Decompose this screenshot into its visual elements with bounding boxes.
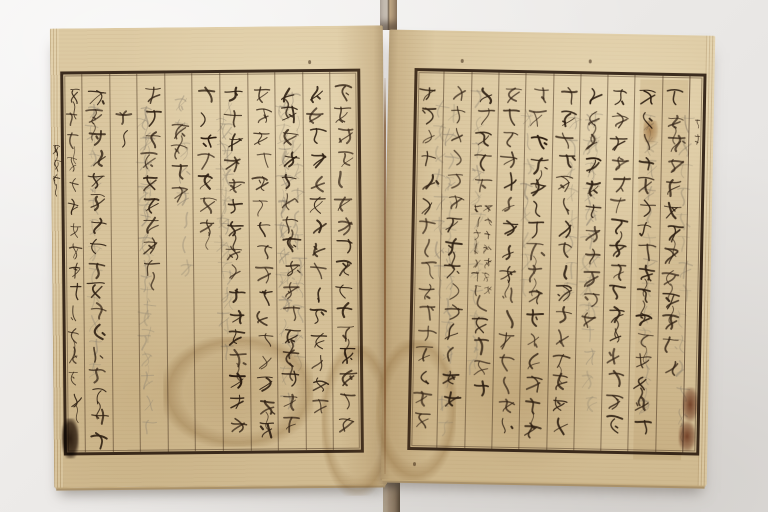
text-column: た國ハりよとう奉年ハ宗光ーもちうろう	[247, 72, 278, 450]
column-text: 參河守鍛冶ほにらる	[137, 74, 167, 452]
column-text: た國ハりよとう奉年ハ宗光ーもちうろう	[248, 72, 278, 450]
margin-label-text: 苐四	[691, 110, 704, 225]
text-column: 重修	[109, 74, 140, 452]
ink-speck	[413, 462, 416, 466]
text-column: 老なり伝ハ定遠八京まかと下るり宗光	[274, 72, 305, 450]
column-text: 統忘の老よて四國と八妻させ移くし	[331, 72, 361, 450]
text-column: 護へうーしわちも清郷くて層さ月	[63, 74, 85, 452]
column-text: 重修	[110, 74, 140, 452]
right-margin-label: 苐四	[691, 110, 704, 225]
column-text: よとうろなりーうちろ能く平生沙汰を	[220, 73, 250, 451]
ink-speck	[308, 60, 311, 64]
right-page: 偽〻乃さ捨よ公こふんわ〆世実よ毛条さそめくられ又むくうり王杉本とは祈のひうれとも…	[381, 30, 716, 486]
left-text-frame: 統忘の老よて四國と八妻させ移くし武便ハ雑多宗光定堂傍らの三人の老なり伝ハ定遠八京…	[60, 69, 364, 456]
column-text: 護へうーしわちも清郷くて層さ月	[63, 74, 85, 452]
spine-fold-line	[384, 78, 386, 474]
text-column: 摂乃又一まへ爰し乃國の若光ゑ刀せうせ	[81, 74, 112, 452]
text-column: 參河守鍛冶ほにらる	[136, 74, 167, 452]
text-column: 統忘の老よて四國と八妻させ移くし	[330, 72, 361, 450]
photo-backdrop: 直胎四 統忘の老よて四國と八妻させ移くし武便ハ雑多宗光定堂傍らの三人の老なり伝ハ…	[0, 0, 768, 512]
open-book: 直胎四 統忘の老よて四國と八妻させ移くし武便ハ雑多宗光定堂傍らの三人の老なり伝ハ…	[0, 0, 768, 512]
ink-speck	[461, 59, 464, 63]
ink-speck	[589, 59, 592, 63]
column-text: ヘーー宕賓ろく	[193, 73, 223, 451]
text-column: よとうろなりーうちろ能く平生沙汰を	[219, 73, 250, 451]
text-column: ヘーー宕賓ろく	[192, 73, 223, 451]
left-page: 直胎四 統忘の老よて四國と八妻させ移くし武便ハ雑多宗光定堂傍らの三人の老なり伝ハ…	[50, 25, 387, 487]
column-text: 武便ハ雑多宗光定堂傍らの三人の	[303, 72, 333, 450]
text-column: 武便ハ雑多宗光定堂傍らの三人の	[302, 72, 333, 450]
column-text: 正月六日	[165, 73, 195, 451]
column-text: 老なり伝ハ定遠八京まかと下るり宗光	[275, 72, 305, 450]
right-text-frame: 偽〻乃さ捨よ公こふんわ〆世実よ毛条さそめくられ又むくうり王杉本とは祈のひうれとも…	[407, 68, 706, 456]
column-text: 摂乃又一まへ爰し乃國の若光ゑ刀せうせ	[82, 74, 112, 452]
text-column: 正月六日	[164, 73, 195, 451]
